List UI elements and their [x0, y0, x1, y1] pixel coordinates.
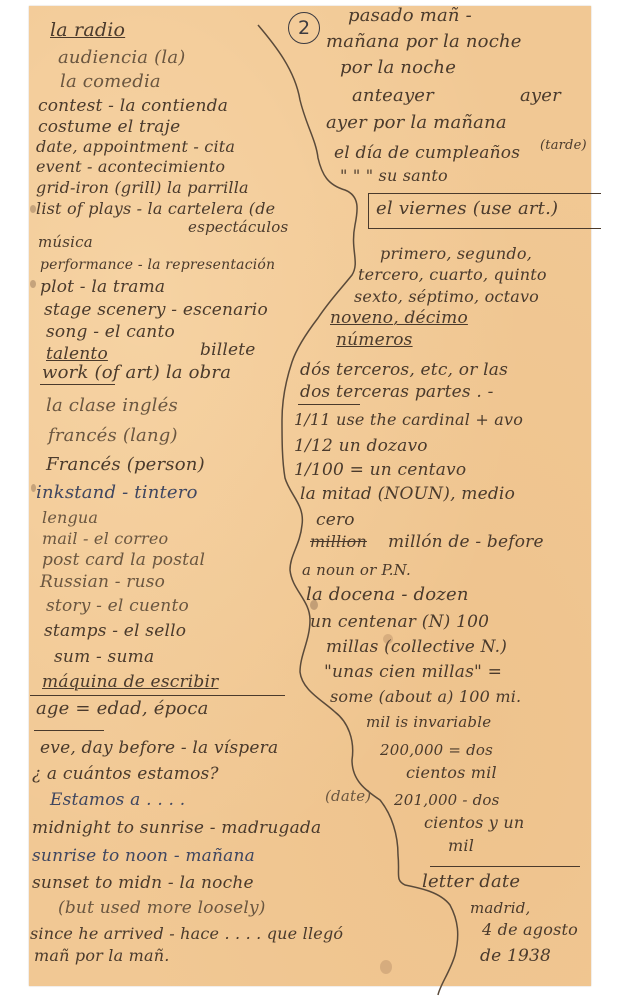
section-rule	[298, 404, 360, 405]
vocab-line: "unas cien millas" =	[324, 662, 502, 682]
section-rule	[34, 730, 104, 731]
vocab-line: ¿ a cuántos estamos?	[32, 764, 219, 784]
vocab-line: performance - la representación	[40, 255, 275, 275]
vocab-line: list of plays - la cartelera (de	[36, 199, 275, 219]
vocab-line: a noun or P.N.	[302, 560, 411, 580]
vocab-line: Francés (person)	[46, 455, 205, 475]
vocab-line: event - acontecimiento	[36, 157, 225, 177]
vocab-line: primero, segundo,	[380, 244, 532, 264]
paper-stain	[383, 634, 393, 644]
letter-date-city: madrid,	[470, 898, 531, 918]
vocab-line: contest - la contienda	[38, 96, 228, 116]
vocab-line: millón de - before	[388, 532, 544, 552]
vocab-line: cero	[316, 510, 355, 530]
vocab-line: 1/12 un dozavo	[294, 436, 428, 456]
letter-date-day: 4 de agosto	[482, 920, 578, 940]
vocab-line: mil	[448, 836, 474, 856]
vocab-line: costume el traje	[38, 117, 180, 137]
vocab-line: audiencia (la)	[58, 48, 185, 68]
vocab-line: plot - la trama	[40, 277, 165, 297]
vocab-line: máquina de escribir	[42, 672, 218, 692]
vocab-line: dos terceras partes . -	[300, 382, 494, 402]
heading-la-radio: la radio	[50, 20, 125, 40]
paper-stain	[30, 280, 36, 288]
vocab-line: (date)	[325, 786, 371, 806]
vocab-line: post card la postal	[42, 550, 205, 570]
vocab-line: espectáculos	[188, 217, 288, 237]
vocab-line: dós terceros, etc, or las	[300, 360, 508, 380]
paper-stain	[31, 484, 36, 492]
vocab-line: stamps - el sello	[44, 621, 186, 641]
vocab-line: la comedia	[60, 72, 161, 92]
vocab-line: age = edad, época	[36, 699, 209, 719]
vocab-line: billete	[200, 340, 256, 360]
vocab-line: lengua	[42, 508, 98, 528]
vocab-line: la mitad (NOUN), medio	[300, 484, 515, 504]
vocab-line: 201,000 - dos	[394, 790, 500, 810]
vocab-line: Estamos a . . . .	[50, 790, 185, 810]
vocab-line: anteayer	[352, 86, 434, 106]
vocab-line: la docena - dozen	[306, 585, 469, 605]
vocab-line: Russian - ruso	[40, 572, 165, 592]
vocab-line: sunrise to noon - mañana	[32, 846, 255, 866]
vocab-line: mañ por la mañ.	[34, 946, 170, 966]
vocab-line: música	[38, 232, 93, 252]
vocab-line: francés (lang)	[48, 426, 178, 446]
vocab-line: sexto, séptimo, octavo	[354, 287, 539, 307]
paper-stain	[380, 960, 392, 974]
vocab-line: " " " su santo	[340, 166, 448, 186]
vocab-line: since he arrived - hace . . . . que lleg…	[30, 924, 343, 944]
paper-stain	[30, 205, 36, 213]
vocab-line: un centenar (N) 100	[310, 612, 489, 632]
section-rule	[30, 695, 285, 696]
page-number-badge: 2	[288, 12, 320, 44]
vocab-line: tercero, cuarto, quinto	[358, 265, 547, 285]
vocab-line: pasado mañ -	[348, 6, 472, 26]
vocab-line: story - el cuento	[46, 596, 189, 616]
vocab-line: la clase inglés	[46, 396, 178, 416]
vocab-line: eve, day before - la víspera	[40, 738, 278, 758]
section-rule	[40, 384, 115, 385]
vocab-line: talento	[46, 344, 108, 364]
vocab-line: grid-iron (grill) la parrilla	[36, 178, 249, 198]
vocab-line: ayer por la mañana	[326, 113, 507, 133]
vocab-line: 200,000 = dos	[380, 740, 493, 760]
vocab-line: el día de cumpleaños	[334, 143, 520, 163]
vocab-line: midnight to sunrise - madrugada	[32, 818, 321, 838]
paper-stain	[310, 600, 318, 610]
vocab-line-struck: million	[310, 532, 367, 552]
vocab-line: noveno, décimo	[330, 308, 468, 328]
vocab-line: millas (collective N.)	[326, 637, 507, 657]
vocab-line: work (of art) la obra	[42, 363, 231, 383]
vocab-line: sum - suma	[54, 647, 154, 667]
vocab-line: some (about a) 100 mi.	[330, 687, 521, 707]
vocab-line: 1/11 use the cardinal + avo	[294, 410, 523, 430]
vocab-line: ayer	[520, 86, 561, 106]
letter-date-year: de 1938	[480, 946, 551, 966]
vocab-line: (tarde)	[540, 136, 587, 156]
vocab-line: date, appointment - cita	[36, 137, 235, 157]
vocab-line: song - el canto	[46, 322, 175, 342]
vocab-line: 1/100 = un centavo	[294, 460, 466, 480]
vocab-line: sunset to midn - la noche	[32, 873, 254, 893]
vocab-line: el viernes (use art.)	[376, 199, 558, 219]
section-rule	[430, 866, 580, 867]
letter-date-heading: letter date	[422, 872, 520, 892]
vocab-line: (but used more loosely)	[58, 898, 266, 918]
vocab-line: cientos y un	[424, 813, 524, 833]
vocab-line: números	[336, 330, 413, 350]
vocab-line: mail - el correo	[42, 529, 168, 549]
vocab-line: cientos mil	[406, 763, 497, 783]
vocab-line: por la noche	[340, 58, 456, 78]
vocab-line: mil is invariable	[366, 712, 491, 732]
vocab-line: inkstand - tintero	[36, 483, 198, 503]
vocab-line: mañana por la noche	[326, 32, 522, 52]
vocab-line: stage scenery - escenario	[44, 300, 268, 320]
